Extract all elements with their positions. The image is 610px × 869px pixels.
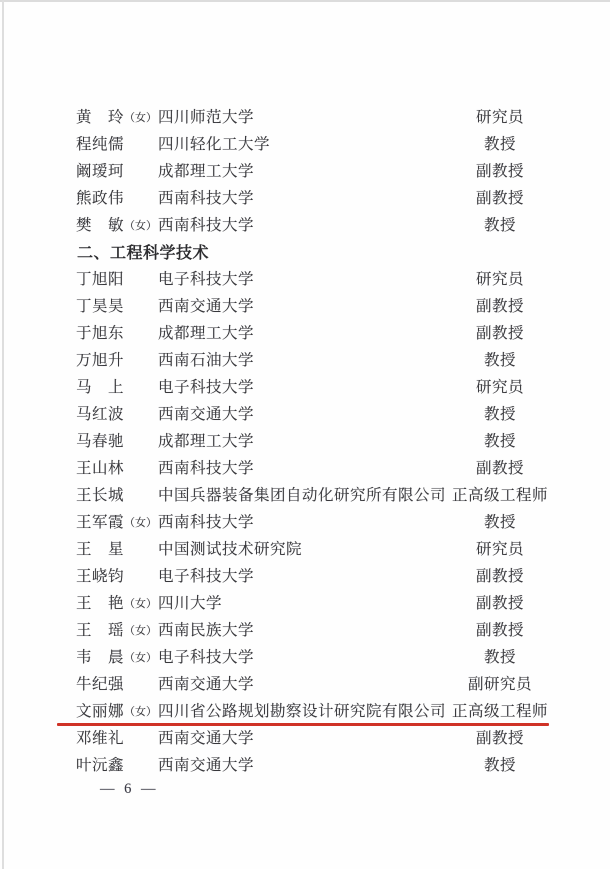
gender-note: （女） xyxy=(124,706,157,718)
person-name: 熊政伟 xyxy=(76,185,124,214)
section-header-label: 二、工程科学技术 xyxy=(77,239,209,266)
table-row: 马 上 电子科技大学 研究员 xyxy=(0,374,610,401)
professional-title: 副教授 xyxy=(440,563,560,590)
table-row: 文丽娜（女） 四川省公路规划勘察设计研究院有限公司 正高级工程师 xyxy=(0,698,610,725)
table-row: 王军霞（女） 西南科技大学 教授 xyxy=(0,509,610,536)
organization: 西南交通大学 xyxy=(158,725,254,752)
professional-title: 教授 xyxy=(440,131,560,158)
organization: 西南交通大学 xyxy=(158,293,254,320)
professional-title: 副教授 xyxy=(440,320,560,347)
scan-edge-top xyxy=(0,0,610,2)
organization: 西南交通大学 xyxy=(158,671,254,698)
person-name: 丁旭阳 xyxy=(76,266,124,295)
table-row: 韦 晨（女） 电子科技大学 教授 xyxy=(0,644,610,671)
organization: 电子科技大学 xyxy=(158,374,254,401)
person-name: 王 星 xyxy=(76,536,124,565)
gender-note: （女） xyxy=(124,220,157,232)
person-name: 黄 玲（女） xyxy=(76,104,157,133)
organization: 西南民族大学 xyxy=(158,617,254,644)
person-name: 王 艳（女） xyxy=(76,590,157,619)
gender-note: （女） xyxy=(124,517,157,529)
person-name: 马春驰 xyxy=(76,428,124,457)
person-name: 韦 晨（女） xyxy=(76,644,157,673)
professional-title: 教授 xyxy=(440,401,560,428)
organization: 电子科技大学 xyxy=(158,644,254,671)
professional-title: 副教授 xyxy=(440,158,560,185)
professional-title: 教授 xyxy=(440,644,560,671)
table-row: 王 艳（女） 四川大学 副教授 xyxy=(0,590,610,617)
page-number: — 6 — xyxy=(100,781,159,798)
professional-title: 教授 xyxy=(440,752,560,779)
person-name: 阚瑷珂 xyxy=(76,158,124,187)
table-row: 阚瑷珂 成都理工大学 副教授 xyxy=(0,158,610,185)
person-name: 叶沅鑫 xyxy=(76,752,124,781)
organization: 成都理工大学 xyxy=(158,320,254,347)
organization: 西南科技大学 xyxy=(158,509,254,536)
organization: 四川大学 xyxy=(158,590,222,617)
professional-title: 研究员 xyxy=(440,536,560,563)
table-row: 程纯儒 四川轻化工大学 教授 xyxy=(0,131,610,158)
person-name: 王峣钧 xyxy=(76,563,124,592)
person-name: 马红波 xyxy=(76,401,124,430)
professional-title: 副教授 xyxy=(440,185,560,212)
person-name: 王山林 xyxy=(76,455,124,484)
person-name: 马 上 xyxy=(76,374,124,403)
person-name: 牛纪强 xyxy=(76,671,124,700)
professional-title: 研究员 xyxy=(440,266,560,293)
professional-title: 正高级工程师 xyxy=(440,482,560,509)
organization: 西南科技大学 xyxy=(158,185,254,212)
table-row: 马红波 西南交通大学 教授 xyxy=(0,401,610,428)
table-row: 王 瑶（女） 西南民族大学 副教授 xyxy=(0,617,610,644)
person-name: 丁昊昊 xyxy=(76,293,124,322)
gender-note: （女） xyxy=(124,112,157,124)
table-row: 王山林 西南科技大学 副教授 xyxy=(0,455,610,482)
organization: 西南科技大学 xyxy=(158,212,254,239)
professional-title: 教授 xyxy=(440,212,560,239)
person-name: 王 瑶（女） xyxy=(76,617,157,646)
table-row: 熊政伟 西南科技大学 副教授 xyxy=(0,185,610,212)
organization: 西南交通大学 xyxy=(158,752,254,779)
table-row: 丁昊昊 西南交通大学 副教授 xyxy=(0,293,610,320)
scanned-document-page: { "page": { "page_number": "— 6 —", "bac… xyxy=(0,0,610,869)
gender-note: （女） xyxy=(124,598,157,610)
organization: 中国测试技术研究院 xyxy=(158,536,302,563)
table-row: 于旭东 成都理工大学 副教授 xyxy=(0,320,610,347)
person-name: 王军霞（女） xyxy=(76,509,157,538)
organization: 中国兵器装备集团自动化研究所有限公司 xyxy=(158,482,446,509)
professional-title: 副教授 xyxy=(440,590,560,617)
person-name: 程纯儒 xyxy=(76,131,124,160)
table-row: 黄 玲（女） 四川师范大学 研究员 xyxy=(0,104,610,131)
professional-title: 副教授 xyxy=(440,617,560,644)
organization: 四川师范大学 xyxy=(158,104,254,131)
professional-title: 副教授 xyxy=(440,725,560,752)
organization: 电子科技大学 xyxy=(158,266,254,293)
organization: 四川轻化工大学 xyxy=(158,131,270,158)
professional-title: 教授 xyxy=(440,428,560,455)
professional-title: 副教授 xyxy=(440,293,560,320)
table-row: 叶沅鑫 西南交通大学 教授 xyxy=(0,752,610,779)
section-header-row: 二、工程科学技术 xyxy=(0,239,610,266)
person-name: 邓维礼 xyxy=(76,725,124,754)
professional-title: 正高级工程师 xyxy=(440,698,560,725)
gender-note: （女） xyxy=(124,625,157,637)
professional-title: 教授 xyxy=(440,347,560,374)
gender-note: （女） xyxy=(124,652,157,664)
professional-title: 研究员 xyxy=(440,374,560,401)
table-row: 牛纪强 西南交通大学 副研究员 xyxy=(0,671,610,698)
professional-title: 副研究员 xyxy=(440,671,560,698)
organization: 西南交通大学 xyxy=(158,401,254,428)
organization: 西南科技大学 xyxy=(158,455,254,482)
table-row: 王 星 中国测试技术研究院 研究员 xyxy=(0,536,610,563)
organization: 四川省公路规划勘察设计研究院有限公司 xyxy=(158,698,446,725)
table-row: 邓维礼 西南交通大学 副教授 xyxy=(0,725,610,752)
organization: 成都理工大学 xyxy=(158,428,254,455)
organization: 西南石油大学 xyxy=(158,347,254,374)
professional-title: 副教授 xyxy=(440,455,560,482)
professional-title: 研究员 xyxy=(440,104,560,131)
person-name: 于旭东 xyxy=(76,320,124,349)
person-name: 王长城 xyxy=(76,482,124,511)
table-row: 王峣钧 电子科技大学 副教授 xyxy=(0,563,610,590)
organization: 电子科技大学 xyxy=(158,563,254,590)
table-row: 丁旭阳 电子科技大学 研究员 xyxy=(0,266,610,293)
person-name: 樊 敏（女） xyxy=(76,212,157,241)
table-row: 王长城 中国兵器装备集团自动化研究所有限公司 正高级工程师 xyxy=(0,482,610,509)
professional-title: 教授 xyxy=(440,509,560,536)
organization: 成都理工大学 xyxy=(158,158,254,185)
table-row: 万旭升 西南石油大学 教授 xyxy=(0,347,610,374)
table-row: 马春驰 成都理工大学 教授 xyxy=(0,428,610,455)
person-name: 万旭升 xyxy=(76,347,124,376)
table-row: 樊 敏（女） 西南科技大学 教授 xyxy=(0,212,610,239)
roster-list: 黄 玲（女） 四川师范大学 研究员 程纯儒 四川轻化工大学 教授 阚瑷珂 成都理… xyxy=(0,104,610,779)
